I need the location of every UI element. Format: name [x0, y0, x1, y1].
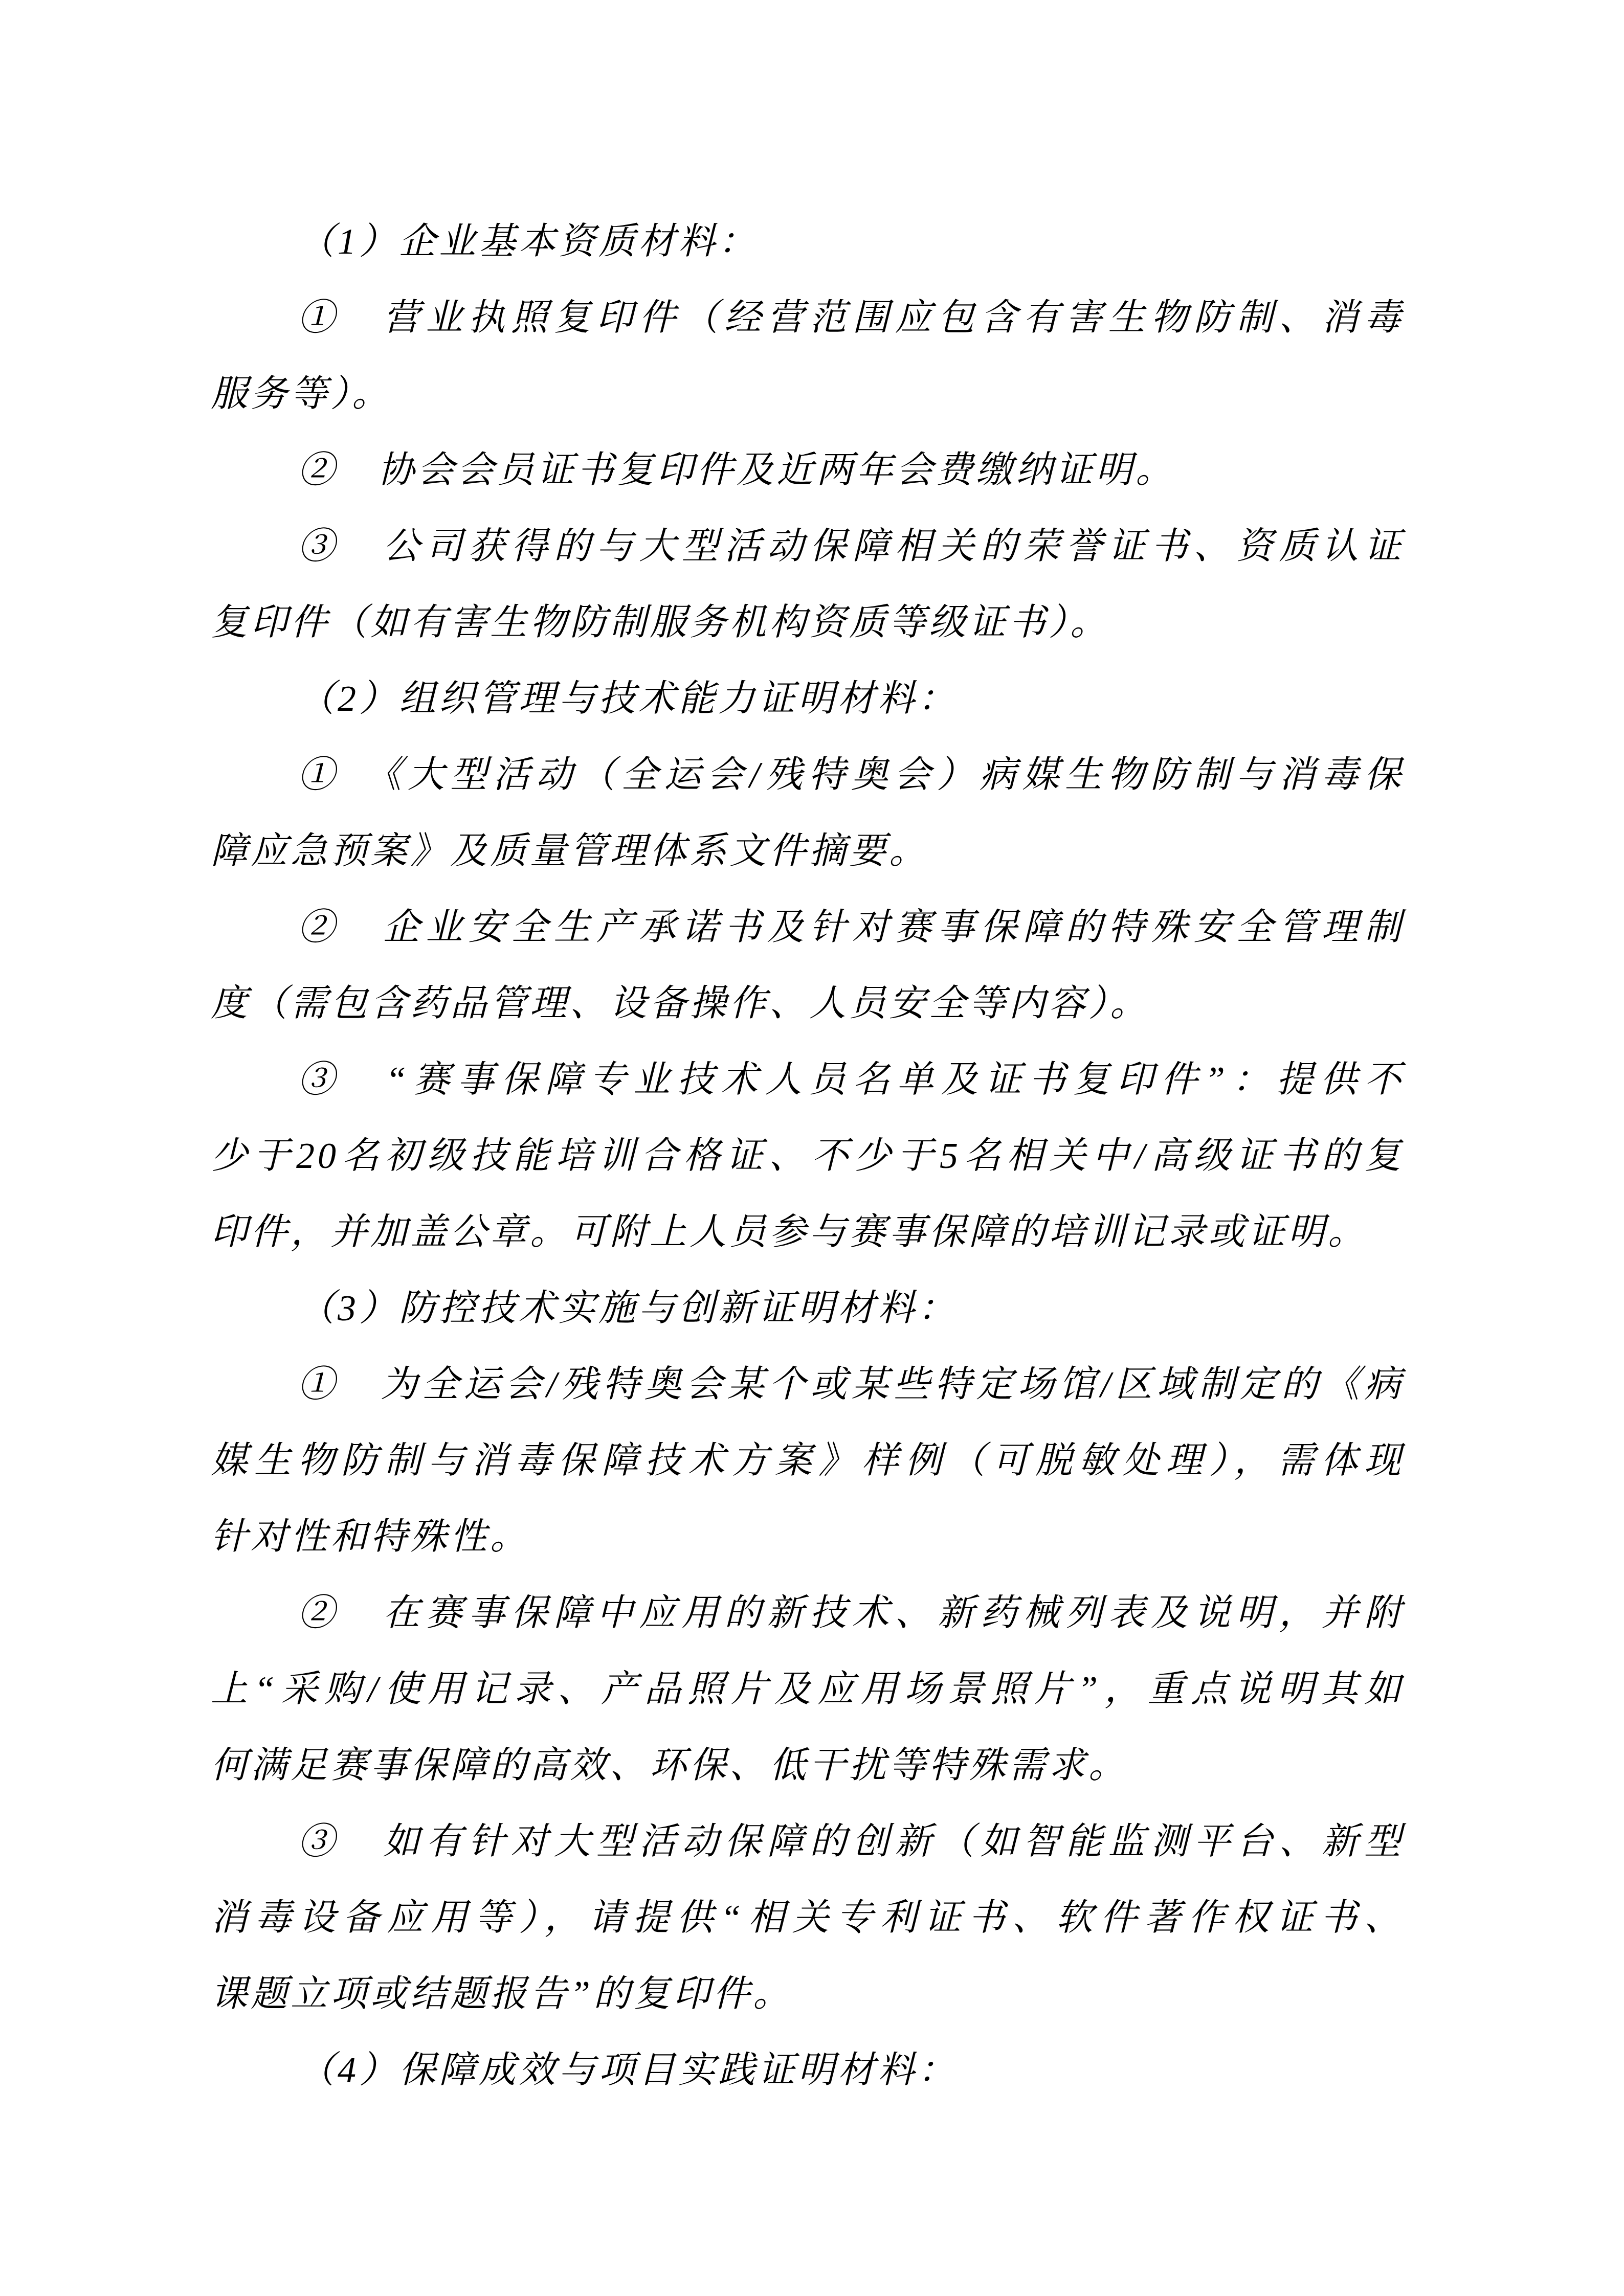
doc-line-13: 少于20名初级技能培训合格证、不少于5名相关中/高级证书的复	[211, 1118, 1404, 1194]
document-page: （1）企业基本资质材料： ① 营业执照复印件（经营范围应包含有害生物防制、消毒 …	[0, 0, 1624, 2296]
doc-line-20: 上“采购/使用记录、产品照片及应用场景照片”，重点说明其如	[211, 1651, 1404, 1727]
doc-line-8: ① 《大型活动（全运会/残特奥会）病媒生物防制与消毒保	[211, 737, 1404, 813]
doc-line-6: 复印件（如有害生物防制服务机构资质等级证书）。	[211, 584, 1404, 661]
doc-line-21: 何满足赛事保障的高效、环保、低干扰等特殊需求。	[211, 1727, 1404, 1804]
doc-line-12: ③ “赛事保障专业技术人员名单及证书复印件”：提供不	[211, 1042, 1404, 1118]
document-body: （1）企业基本资质材料： ① 营业执照复印件（经营范围应包含有害生物防制、消毒 …	[211, 204, 1404, 2108]
doc-line-4: ② 协会会员证书复印件及近两年会费缴纳证明。	[211, 432, 1404, 508]
doc-line-22: ③ 如有针对大型活动保障的创新（如智能监测平台、新型	[211, 1804, 1404, 1880]
doc-line-25: （4）保障成效与项目实践证明材料：	[211, 2032, 1404, 2108]
doc-line-5: ③ 公司获得的与大型活动保障相关的荣誉证书、资质认证	[211, 508, 1404, 584]
doc-line-14: 印件，并加盖公章。可附上人员参与赛事保障的培训记录或证明。	[211, 1194, 1404, 1270]
doc-line-1: （1）企业基本资质材料：	[211, 204, 1404, 280]
doc-line-9: 障应急预案》及质量管理体系文件摘要。	[211, 813, 1404, 889]
doc-line-17: 媒生物防制与消毒保障技术方案》样例（可脱敏处理），需体现	[211, 1423, 1404, 1499]
doc-line-18: 针对性和特殊性。	[211, 1499, 1404, 1575]
doc-line-11: 度（需包含药品管理、设备操作、人员安全等内容）。	[211, 965, 1404, 1042]
doc-line-10: ② 企业安全生产承诺书及针对赛事保障的特殊安全管理制	[211, 889, 1404, 965]
doc-line-16: ① 为全运会/残特奥会某个或某些特定场馆/区域制定的《病	[211, 1346, 1404, 1423]
doc-line-15: （3）防控技术实施与创新证明材料：	[211, 1270, 1404, 1346]
doc-line-19: ② 在赛事保障中应用的新技术、新药械列表及说明，并附	[211, 1575, 1404, 1651]
doc-line-3: 服务等）。	[211, 356, 1404, 432]
doc-line-2: ① 营业执照复印件（经营范围应包含有害生物防制、消毒	[211, 280, 1404, 356]
doc-line-7: （2）组织管理与技术能力证明材料：	[211, 661, 1404, 737]
doc-line-24: 课题立项或结题报告”的复印件。	[211, 1956, 1404, 2032]
doc-line-23: 消毒设备应用等），请提供“相关专利证书、软件著作权证书、	[211, 1880, 1404, 1956]
